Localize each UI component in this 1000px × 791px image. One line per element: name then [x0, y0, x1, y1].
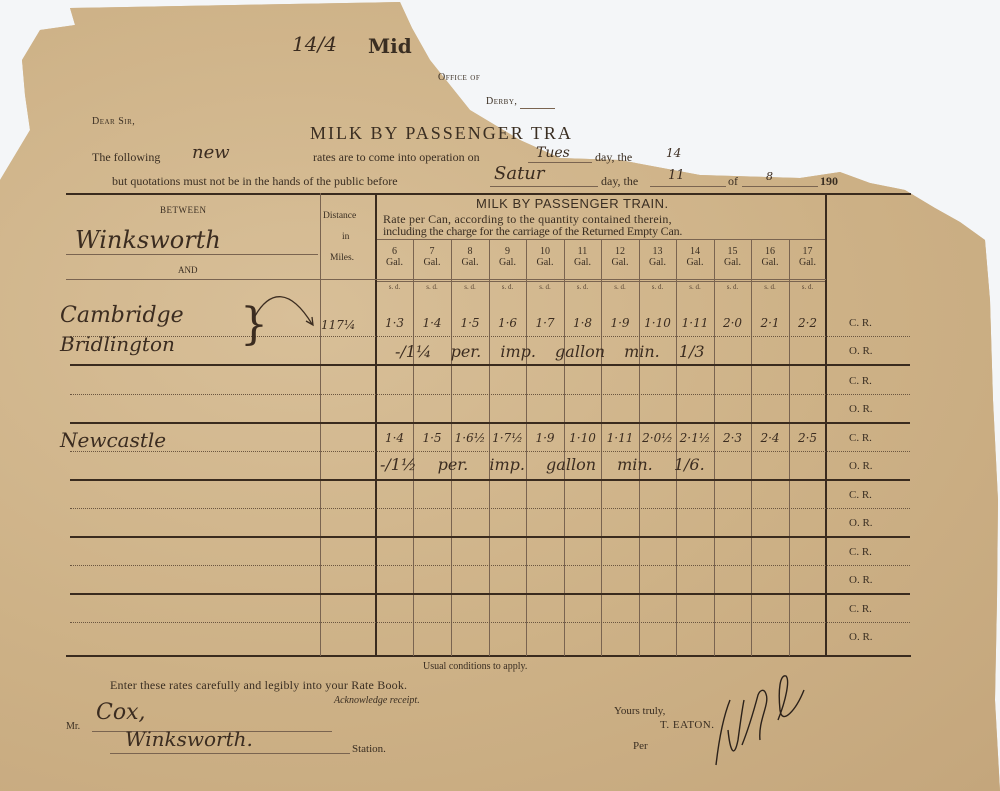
gallon-number: 16	[751, 246, 789, 257]
station-handwritten: Winksworth.	[125, 727, 253, 751]
gallon-number: 11	[564, 246, 601, 257]
gallon-number: 17	[789, 246, 826, 257]
office-label: Office of	[438, 72, 480, 83]
row-separator	[70, 422, 910, 424]
row-dotted-line	[70, 508, 910, 509]
from-station-handwritten: Winksworth	[75, 226, 221, 254]
gallon-unit: Gal.	[639, 257, 676, 268]
gallon-unit: Gal.	[601, 257, 639, 268]
rate-cell: 2·5	[789, 431, 826, 445]
quotation-month-handwritten: 8	[766, 170, 773, 183]
gallon-header-16: 16Gal.	[751, 246, 789, 268]
gallon-header-6: 6Gal.	[376, 246, 413, 268]
instruction-text: Enter these rates carefully and legibly …	[110, 678, 407, 693]
row-separator	[70, 536, 910, 538]
sd-label: s. d.	[639, 283, 676, 291]
row-dotted-line	[70, 451, 910, 452]
row-dotted-line	[70, 565, 910, 566]
cr-label: C. R.	[849, 489, 872, 501]
arrow-icon	[250, 288, 320, 333]
per-label: Per	[633, 740, 648, 752]
rate-cell: 1·11	[601, 431, 639, 445]
distance-cambridge: 117¼	[321, 318, 356, 332]
rate-cell: 1·5	[413, 431, 451, 445]
row-separator	[70, 364, 910, 366]
sd-label: s. d.	[564, 283, 601, 291]
header-bottom-line	[66, 279, 826, 280]
conditions-text: Usual conditions to apply.	[423, 661, 527, 672]
sd-label: s. d.	[676, 283, 714, 291]
gallon-header-13: 13Gal.	[639, 246, 676, 268]
and-label: AND	[178, 265, 198, 275]
rate-cell: 2·0	[714, 316, 751, 330]
quotation-date-line	[650, 186, 726, 187]
gallon-header-10: 10Gal.	[526, 246, 564, 268]
gallon-header-15: 15Gal.	[714, 246, 751, 268]
rate-cell: 1·9	[601, 316, 639, 330]
gallon-unit: Gal.	[751, 257, 789, 268]
gallon-unit: Gal.	[676, 257, 714, 268]
rate-cell: 1·8	[564, 316, 601, 330]
note-cambridge: -/1¼ per. imp. gallon min. 1/3	[395, 342, 705, 361]
cr-label: C. R.	[849, 432, 872, 444]
gallon-unit: Gal.	[376, 257, 413, 268]
distance-label-2: in	[342, 232, 349, 242]
row-dotted-line	[70, 622, 910, 623]
operation-date-handwritten: 14	[666, 146, 681, 160]
or-label: O. R.	[849, 345, 873, 357]
destination-bridlington: Bridlington	[60, 332, 175, 356]
quotation-day-handwritten: Satur	[494, 163, 545, 184]
gallon-number: 12	[601, 246, 639, 257]
rate-notice-paper	[0, 0, 1000, 791]
sd-label: s. d.	[526, 283, 564, 291]
quotation-day-line	[490, 186, 598, 187]
rate-cell: 1·4	[376, 431, 413, 445]
gallon-number: 9	[489, 246, 526, 257]
table-top-border	[66, 193, 911, 195]
row-separator	[70, 479, 910, 481]
sd-label: s. d.	[413, 283, 451, 291]
distance-label-3: Miles.	[330, 253, 354, 263]
gallon-unit: Gal.	[451, 257, 489, 268]
rate-cell: 1·6	[489, 316, 526, 330]
destination-newcastle: Newcastle	[60, 428, 166, 452]
quotation-month-line	[742, 186, 818, 187]
from-station-line	[66, 254, 318, 255]
salutation: Dear Sir,	[92, 116, 135, 127]
or-label: O. R.	[849, 574, 873, 586]
rate-cell: 1·4	[413, 316, 451, 330]
reference-number: 14/4	[292, 32, 337, 56]
distance-column-divider	[320, 193, 321, 656]
quotation-date-handwritten: 11	[668, 168, 685, 183]
or-label: O. R.	[849, 403, 873, 415]
acknowledge-text: Acknowledge receipt.	[334, 695, 420, 706]
gallon-unit: Gal.	[413, 257, 451, 268]
gallon-number: 6	[376, 246, 413, 257]
rate-cell: 1·9	[526, 431, 564, 445]
gallon-unit: Gal.	[564, 257, 601, 268]
cr-label: C. R.	[849, 546, 872, 558]
rate-cell: 1·5	[451, 316, 489, 330]
station-line	[110, 753, 350, 754]
gallon-unit: Gal.	[789, 257, 826, 268]
rate-cell: 1·7	[526, 316, 564, 330]
row-separator	[70, 593, 910, 595]
gallon-number: 10	[526, 246, 564, 257]
recipient-handwritten: Cox,	[96, 700, 145, 725]
gallon-header-17: 17Gal.	[789, 246, 826, 268]
note-newcastle: -/1½ per. imp. gallon min. 1/6.	[380, 455, 705, 474]
or-label: O. R.	[849, 517, 873, 529]
gallon-header-9: 9Gal.	[489, 246, 526, 268]
sd-label: s. d.	[714, 283, 751, 291]
rate-cell: 2·3	[714, 431, 751, 445]
sd-label: s. d.	[451, 283, 489, 291]
rate-cell: 1·7½	[489, 431, 526, 445]
cr-label: C. R.	[849, 375, 872, 387]
signature-icon	[708, 670, 808, 770]
rate-cell: 2·4	[751, 431, 789, 445]
closing-text: Yours truly,	[614, 705, 665, 717]
gallon-header-8: 8Gal.	[451, 246, 489, 268]
between-label: BETWEEN	[160, 205, 207, 215]
gallon-number: 13	[639, 246, 676, 257]
line2-prefix: but quotations must not be in the hands …	[112, 174, 398, 189]
rate-cell: 2·1½	[676, 431, 714, 445]
rate-cell: 1·3	[376, 316, 413, 330]
distance-label-1: Distance	[323, 211, 356, 221]
sd-label: s. d.	[751, 283, 789, 291]
sd-label: s. d.	[601, 283, 639, 291]
gallon-number: 15	[714, 246, 751, 257]
gallon-header-14: 14Gal.	[676, 246, 714, 268]
gallon-number: 8	[451, 246, 489, 257]
rate-cell: 2·1	[751, 316, 789, 330]
or-label: O. R.	[849, 631, 873, 643]
destination-cambridge: Cambridge	[60, 303, 184, 328]
year-label: 190	[820, 174, 838, 189]
line1-handwritten-new: new	[192, 142, 230, 163]
rate-cell: 1·10	[564, 431, 601, 445]
rate-cell: 2·0½	[639, 431, 676, 445]
company-name-fragment: Mid	[368, 34, 412, 58]
station-label: Station.	[352, 743, 386, 755]
or-label: O. R.	[849, 460, 873, 472]
gallon-number: 7	[413, 246, 451, 257]
gallon-unit: Gal.	[526, 257, 564, 268]
row-dotted-line	[70, 336, 910, 337]
rate-cell: 1·11	[676, 316, 714, 330]
rate-cell: 1·6½	[451, 431, 489, 445]
line2-of: of	[728, 174, 738, 189]
cr-label: C. R.	[849, 317, 872, 329]
gallon-unit: Gal.	[489, 257, 526, 268]
derby-date-line	[520, 108, 555, 109]
gallon-header-7: 7Gal.	[413, 246, 451, 268]
rates-section-subtitle-2: including the charge for the carriage of…	[383, 224, 682, 239]
operation-day-handwritten: Tues	[536, 145, 570, 161]
line2-day-label: day, the	[601, 174, 638, 189]
signatory-name: T. EATON.	[660, 719, 715, 731]
gallon-unit: Gal.	[714, 257, 751, 268]
line1-prefix: The following	[92, 150, 160, 165]
derby-label: Derby,	[486, 96, 517, 107]
gallon-header-11: 11Gal.	[564, 246, 601, 268]
rate-cell: 2·2	[789, 316, 826, 330]
sd-label: s. d.	[789, 283, 826, 291]
cr-label: C. R.	[849, 603, 872, 615]
rates-section-title: MILK BY PASSENGER TRAIN.	[476, 196, 669, 211]
sd-label: s. d.	[376, 283, 413, 291]
row-dotted-line	[70, 394, 910, 395]
gallon-header-12: 12Gal.	[601, 246, 639, 268]
gallon-number: 14	[676, 246, 714, 257]
notice-title: MILK BY PASSENGER TRA	[310, 123, 573, 144]
line1-day-label: day, the	[595, 150, 632, 165]
mr-label: Mr.	[66, 721, 80, 732]
line1-middle: rates are to come into operation on	[313, 150, 480, 165]
rate-cell: 1·10	[639, 316, 676, 330]
sd-label: s. d.	[489, 283, 526, 291]
